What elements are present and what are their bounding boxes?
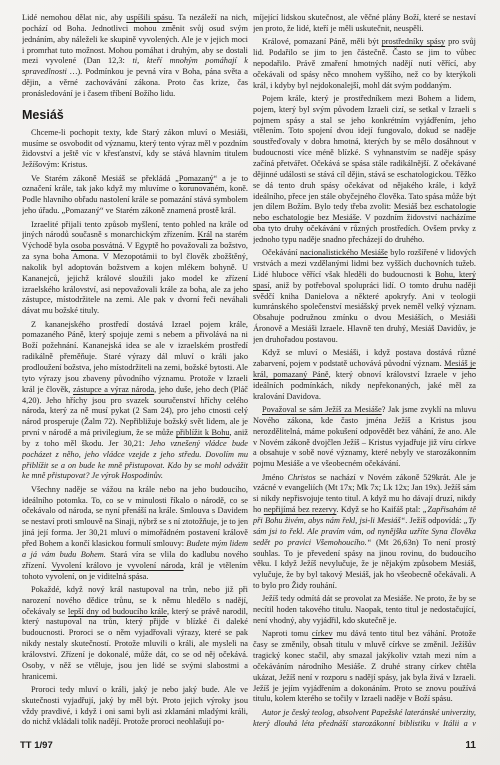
section-heading: Mesiáš [22,108,248,122]
body-text: . V Egyptě ho považovali za božstvo, za … [22,241,248,315]
body-text: Lidé nemohou dělat nic, aby [22,13,126,22]
paragraph: Očekávání nacionalistického Mesiáše bylo… [253,248,476,346]
italic-text: Autor je český teolog, absolvent Papežsk… [253,708,476,729]
paragraph: Ježíš tedy odmítá dát se provolat za Mes… [253,594,476,627]
emphasized-underlined-text: uspíšili spásu [126,13,172,22]
emphasized-underlined-text: lepší dny od budoucího krále [68,607,167,616]
paragraph: Z kananejského prostředí dostává Izrael … [22,320,248,483]
paragraph: Pojem krále, který je prostředníkem mezi… [253,94,476,246]
journal-issue-label: TT 1/97 [20,740,53,751]
emphasized-underlined-text: nacionalistického Mesiáše [300,248,388,257]
body-text: Chceme-li pochopit texty, kde Starý záko… [22,128,248,170]
paragraph: míjející lidskou skutečnost, ale věčné p… [253,13,476,35]
paragraph: Všechny naděje se vážou na krále nebo na… [22,485,248,583]
page-footer: TT 1/97 11 [0,737,500,751]
body-text: Naproti tomu [262,629,312,638]
emphasized-underlined-text: Vyvolení královo je vyvolení národa [51,561,183,570]
paragraph: Proroci tedy mluví o králi, jaký je nebo… [22,685,248,728]
body-text: ? Jak jsme zvyklí na mluvu Nového zákona… [253,405,476,468]
paragraph: Naproti tomu církev mu dává tento titul … [253,629,476,705]
emphasized-underlined-text: církev [312,629,333,638]
body-text: Očekávání [262,248,300,257]
paragraph: Autor je český teolog, absolvent Papežsk… [253,708,476,729]
emphasized-underlined-text: nepřijímá bez rezervy [264,505,337,514]
body-text: Ježíš tedy odmítá dát se provolat za Mes… [253,594,476,625]
emphasized-underlined-text: Pomazaný [179,174,214,183]
emphasized-underlined-text: Považoval se sám Ježíš za Mesiáše [262,405,382,414]
paragraph: Když se mluví o Mesiáši, i když postava … [253,348,476,402]
body-text: Když se mluví o Mesiáši, i když postava … [253,348,476,368]
emphasized-underlined-text: zástupce a výraz národa [73,385,154,394]
body-text: Z kananejského prostředí dostává Izrael … [22,320,248,394]
body-text: . Když se ho Kaifáš ptal: [336,505,422,514]
paragraph: Chceme-li pochopit texty, kde Starý záko… [22,128,248,171]
emphasized-underlined-text: Král [197,230,212,239]
paragraph: Izraelité přijali tento způsob myšlení, … [22,220,248,318]
body-text: Jméno [262,473,288,482]
right-text-column: míjející lidskou skutečnost, ale věčné p… [253,13,476,729]
body-text: Ve Starém zákoně Mesiáš se překládá „ [31,174,179,183]
scanned-journal-page: Lidé nemohou dělat nic, aby uspíšili spá… [0,0,500,765]
body-text: Pojem krále, který je prostředníkem mezi… [253,94,476,211]
body-text: , který se právě narodil, který nastupov… [22,607,248,681]
paragraph: Jméno Christos se nachází v Novém zákoně… [253,473,476,592]
body-text: . Ježíš odpovídá: [405,516,463,525]
page-number: 11 [465,740,476,751]
body-text: mu dává tento titul bez váhání. Protože … [253,629,476,703]
paragraph: Lidé nemohou dělat nic, aby uspíšili spá… [22,13,248,100]
body-text: Králové, pomazaní Páně, měli být [262,37,382,46]
body-text: míjející lidskou skutečnost, ale věčné p… [253,13,476,33]
emphasized-underlined-text: osoba posvátná [71,241,122,250]
body-text: , aniž by potřeboval spolupráci lidí. O … [253,281,476,344]
paragraph: Ve Starém zákoně Mesiáš se překládá „Pom… [22,174,248,217]
body-text: Proroci tedy mluví o králi, jaký je nebo… [22,685,248,727]
emphasized-underlined-text: přiblížit k Bohu [176,428,230,437]
italic-text: Christos [288,473,316,482]
paragraph: Králové, pomazaní Páně, měli být prostře… [253,37,476,91]
left-text-column: Lidé nemohou dělat nic, aby uspíšili spá… [22,13,248,729]
paragraph: Považoval se sám Ježíš za Mesiáše? Jak j… [253,405,476,470]
paragraph: Pokaždé, když nový král nastupoval na tr… [22,585,248,683]
emphasized-underlined-text: prostředníky spásy [382,37,446,46]
